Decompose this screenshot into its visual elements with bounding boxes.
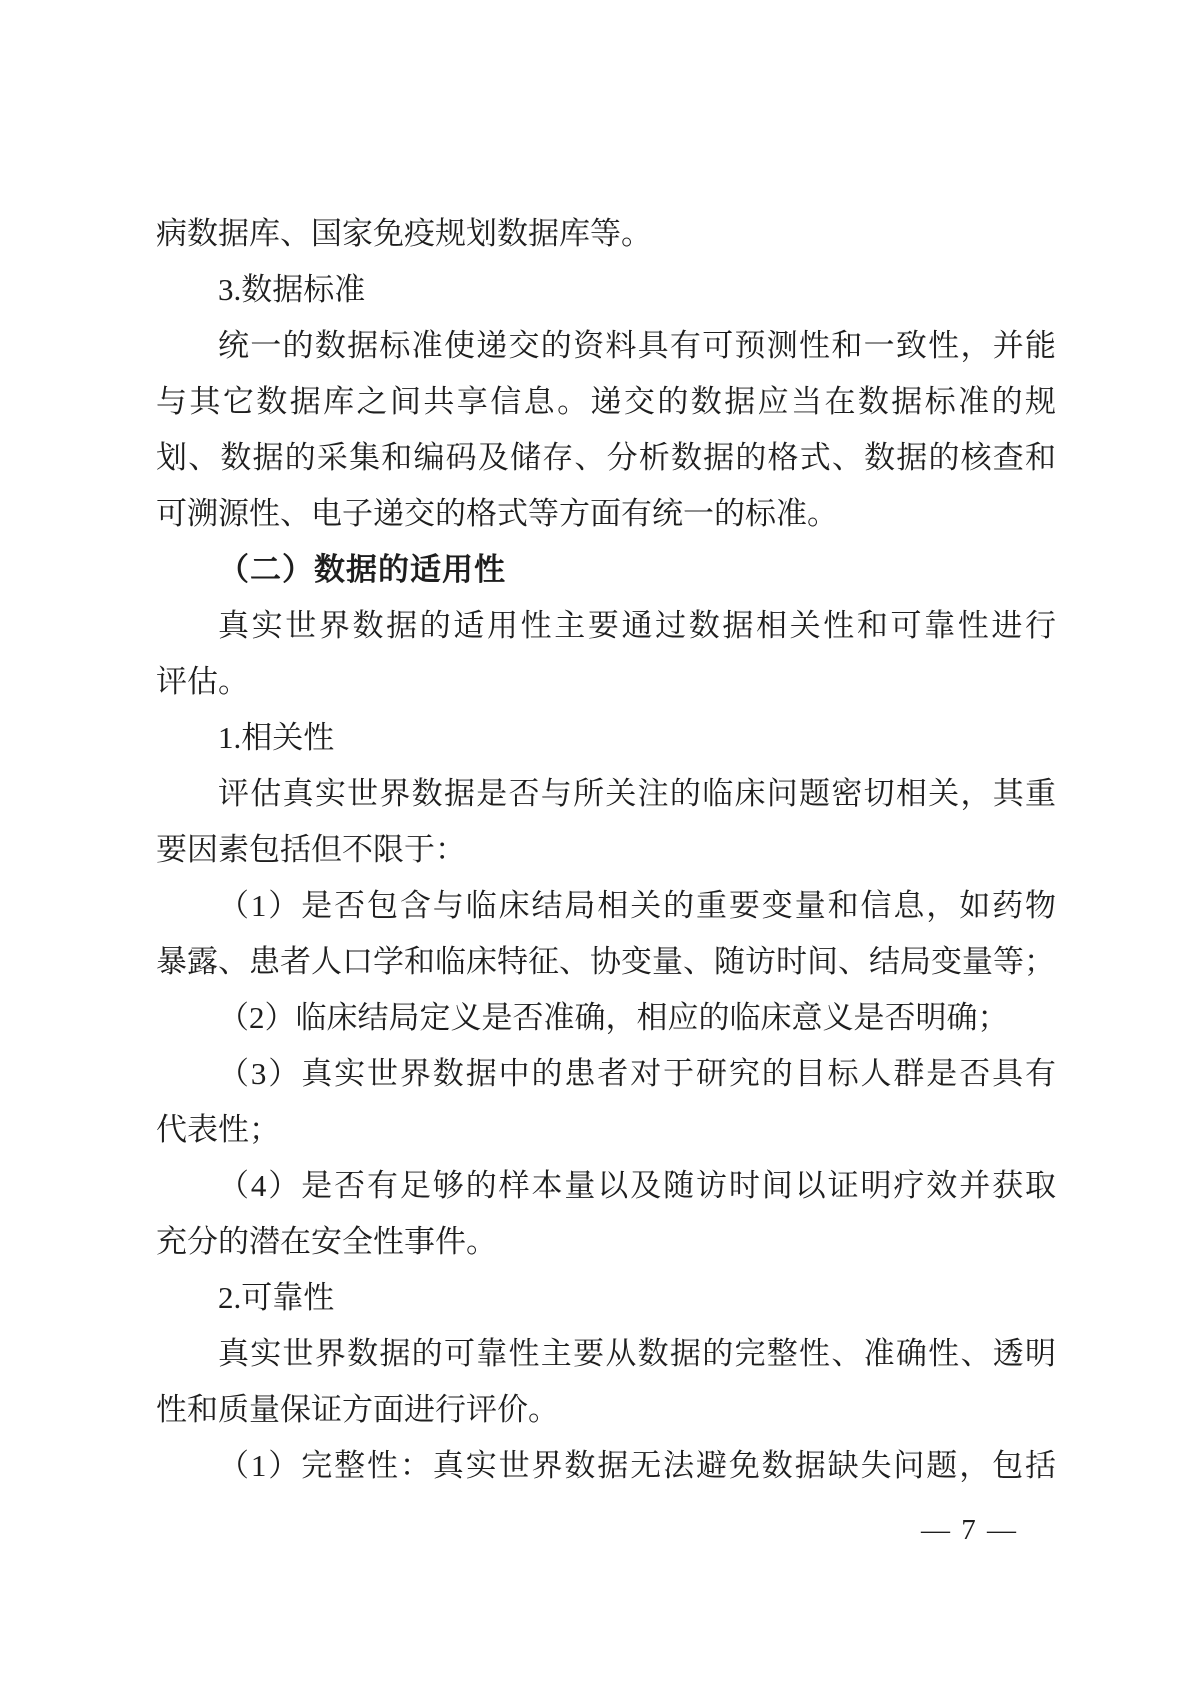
paragraph-data-standards: 统一的数据标准使递交的资料具有可预测性和一致性，并能与其它数据库之间共享信息。递… <box>156 318 1056 542</box>
paragraph-relevance-intro: 评估真实世界数据是否与所关注的临床问题密切相关，其重要因素包括但不限于： <box>156 766 1056 878</box>
subheading-1-relevance: 1.相关性 <box>156 710 1056 766</box>
body-text-line: 可溯源性、电子递交的格式等方面有统一的标准。 <box>156 486 1056 542</box>
section-heading-line: （二）数据的适用性 <box>156 542 1056 598</box>
paragraph-relevance-item-2: （2）临床结局定义是否准确，相应的临床意义是否明确； <box>156 990 1056 1046</box>
body-text-line: （3）真实世界数据中的患者对于研究的目标人群是否具有 <box>156 1046 1056 1102</box>
paragraph-relevance-item-4: （4）是否有足够的样本量以及随访时间以证明疗效并获取充分的潜在安全性事件。 <box>156 1158 1056 1270</box>
subheading-line: 3.数据标准 <box>156 262 1056 318</box>
document-page: 病数据库、国家免疫规划数据库等。3.数据标准统一的数据标准使递交的资料具有可预测… <box>0 0 1200 1696</box>
page-number: — 7 — <box>921 1512 1018 1548</box>
paragraph-relevance-item-1: （1）是否包含与临床结局相关的重要变量和信息，如药物暴露、患者人口学和临床特征、… <box>156 878 1056 990</box>
subheading-line: 2.可靠性 <box>156 1270 1056 1326</box>
paragraph-relevance-item-3: （3）真实世界数据中的患者对于研究的目标人群是否具有代表性； <box>156 1046 1056 1158</box>
body-text-line: 统一的数据标准使递交的资料具有可预测性和一致性，并能 <box>156 318 1056 374</box>
paragraph-reliability-intro: 真实世界数据的可靠性主要从数据的完整性、准确性、透明性和质量保证方面进行评价。 <box>156 1326 1056 1438</box>
body-text-line: 真实世界数据的适用性主要通过数据相关性和可靠性进行 <box>156 598 1056 654</box>
body-text-line: 暴露、患者人口学和临床特征、协变量、随访时间、结局变量等； <box>156 934 1056 990</box>
paragraph-database-continuation: 病数据库、国家免疫规划数据库等。 <box>156 206 1056 262</box>
body-text-line: 评估真实世界数据是否与所关注的临床问题密切相关，其重 <box>156 766 1056 822</box>
body-text-line: 划、数据的采集和编码及储存、分析数据的格式、数据的核查和 <box>156 430 1056 486</box>
paragraph-applicability-intro: 真实世界数据的适用性主要通过数据相关性和可靠性进行评估。 <box>156 598 1056 710</box>
body-text-line: （4）是否有足够的样本量以及随访时间以证明疗效并获取 <box>156 1158 1056 1214</box>
body-text-line: 真实世界数据的可靠性主要从数据的完整性、准确性、透明 <box>156 1326 1056 1382</box>
paragraph-reliability-item-1-completeness: （1）完整性：真实世界数据无法避免数据缺失问题，包括 <box>156 1438 1056 1494</box>
document-body: 病数据库、国家免疫规划数据库等。3.数据标准统一的数据标准使递交的资料具有可预测… <box>156 206 1056 1494</box>
subheading-line: 1.相关性 <box>156 710 1056 766</box>
body-text-line: 要因素包括但不限于： <box>156 822 1056 878</box>
body-text-line: 与其它数据库之间共享信息。递交的数据应当在数据标准的规 <box>156 374 1056 430</box>
body-text-line: 性和质量保证方面进行评价。 <box>156 1382 1056 1438</box>
body-text-line: 充分的潜在安全性事件。 <box>156 1214 1056 1270</box>
body-text-line: （1）是否包含与临床结局相关的重要变量和信息，如药物 <box>156 878 1056 934</box>
heading-2-data-applicability: （二）数据的适用性 <box>156 542 1056 598</box>
body-text-line: （1）完整性：真实世界数据无法避免数据缺失问题，包括 <box>156 1438 1056 1494</box>
body-text-line: 代表性； <box>156 1102 1056 1158</box>
body-text-line: （2）临床结局定义是否准确，相应的临床意义是否明确； <box>156 990 1056 1046</box>
body-text-line: 评估。 <box>156 654 1056 710</box>
subheading-2-reliability: 2.可靠性 <box>156 1270 1056 1326</box>
subheading-3-data-standards: 3.数据标准 <box>156 262 1056 318</box>
body-text-line: 病数据库、国家免疫规划数据库等。 <box>156 206 1056 262</box>
